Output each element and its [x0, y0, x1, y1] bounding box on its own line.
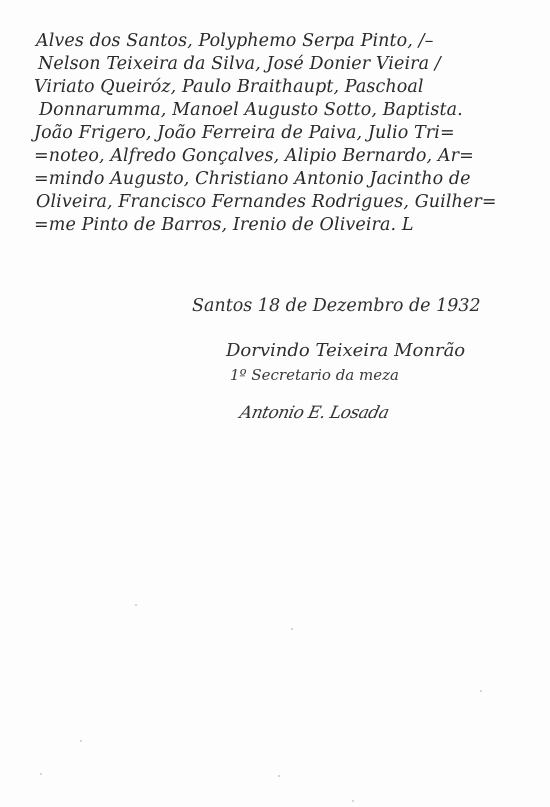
- manuscript-line: Donnarumma, Manoel Augusto Sotto, Baptis…: [39, 99, 534, 122]
- paper-speckle: [40, 773, 42, 775]
- paper-speckle: [352, 800, 354, 802]
- manuscript-line: Nelson Teixeira da Silva, José Donier Vi…: [38, 53, 534, 76]
- signer-name: Dorvindo Teixeira Monrão: [226, 340, 465, 361]
- manuscript-line: Alves dos Santos, Polyphemo Serpa Pinto,…: [36, 30, 534, 53]
- handwritten-signature: Antonio E. Losada: [238, 403, 391, 423]
- manuscript-line: =noteo, Alfredo Gonçalves, Alipio Bernar…: [34, 145, 534, 168]
- paper-speckle: [291, 628, 293, 630]
- paper-speckle: [480, 690, 482, 692]
- paper-speckle: [80, 740, 82, 742]
- manuscript-line: Viriato Queiróz, Paulo Braithaupt, Pasch…: [34, 76, 534, 99]
- manuscript-body: Alves dos Santos, Polyphemo Serpa Pinto,…: [34, 30, 534, 237]
- manuscript-line: =me Pinto de Barros, Irenio de Oliveira.…: [34, 214, 534, 237]
- manuscript-page: Alves dos Santos, Polyphemo Serpa Pinto,…: [0, 0, 550, 807]
- manuscript-line: =mindo Augusto, Christiano Antonio Jacin…: [34, 168, 534, 191]
- manuscript-line: João Frigero, João Ferreira de Paiva, Ju…: [34, 122, 534, 145]
- date-place-line: Santos 18 de Dezembro de 1932: [192, 296, 481, 316]
- paper-speckle: [135, 604, 137, 606]
- paper-speckle: [278, 775, 280, 777]
- manuscript-line: Oliveira, Francisco Fernandes Rodrigues,…: [36, 191, 534, 214]
- signer-role: 1º Secretario da meza: [230, 366, 399, 384]
